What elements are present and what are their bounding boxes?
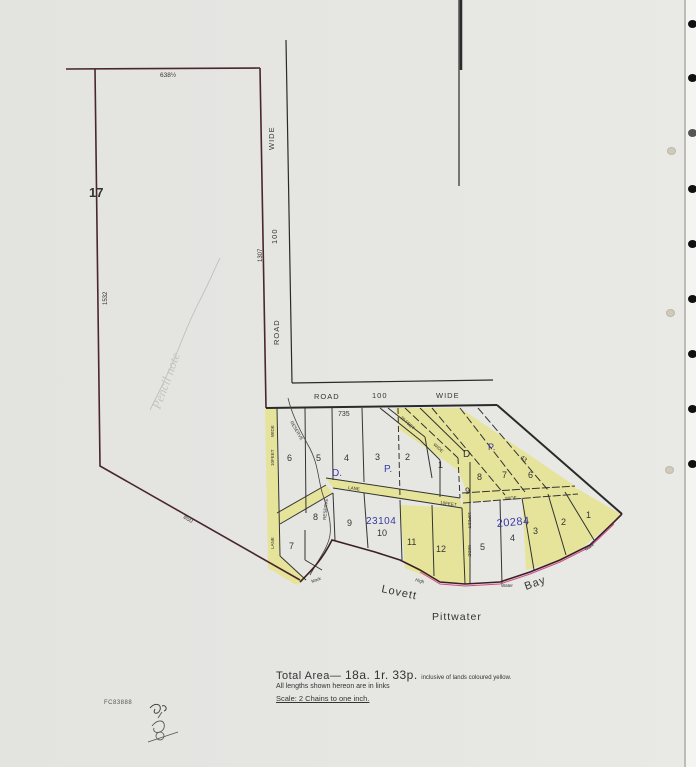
lot-number: 3 xyxy=(533,526,538,536)
bay-name-lovett: Lovett xyxy=(380,583,418,602)
dim-east: 1307 xyxy=(258,248,264,262)
reserve-label: RESERVE xyxy=(322,498,329,520)
lane-label: LANE xyxy=(270,537,275,549)
lot-number: 5 xyxy=(480,542,485,552)
lot-number: 5 xyxy=(316,453,321,463)
shoreline-label: Water xyxy=(501,583,513,588)
dp-23104-d: D. xyxy=(332,468,342,479)
waterway-name: Pittwater xyxy=(432,611,482,623)
lot-number: 6 xyxy=(528,470,533,480)
dp-23104-number: 23104 xyxy=(366,516,396,527)
lane-label: 10FEET xyxy=(270,449,275,466)
dp-23104-p: P. xyxy=(384,464,392,475)
road-horizontal-label-road: ROAD xyxy=(314,392,340,401)
road-horizontal-label-width: 100 xyxy=(372,391,388,400)
total-area-line: Total Area— 18a. 1r. 33p. inclusive of l… xyxy=(276,668,511,682)
survey-plan-drawing: Pencil note 638½ 17 1532 1307 850 735 43… xyxy=(0,0,696,767)
road-vertical-label-wide: WIDE xyxy=(267,126,276,150)
lot-number: 10 xyxy=(377,528,387,538)
lot-number: 1 xyxy=(438,460,443,470)
lot-number: 9 xyxy=(465,486,470,496)
lot-number: 9 xyxy=(347,518,352,528)
lot-number: 1 xyxy=(586,510,591,520)
reference-code: FC83888 xyxy=(104,700,132,706)
dim-top: 638½ xyxy=(160,71,177,79)
area-note: inclusive of lands coloured yellow. xyxy=(421,675,511,681)
lot-number: 4 xyxy=(344,453,349,463)
lengths-note: All lengths shown hereon are in links xyxy=(276,683,511,690)
dim-west: 1532 xyxy=(103,291,109,305)
portion-boundary xyxy=(66,68,300,580)
area-perches: 33p. xyxy=(392,668,417,682)
road-horizontal-label-wide: WIDE xyxy=(436,391,460,400)
lot-number: 6 xyxy=(287,453,292,463)
shoreline-label: Mark xyxy=(311,576,323,584)
area-roods: 1r. xyxy=(374,668,389,682)
plan-notes: Total Area— 18a. 1r. 33p. inclusive of l… xyxy=(276,668,511,703)
lot-number: 7 xyxy=(502,470,507,480)
yellow-lands xyxy=(265,408,622,585)
lane-label: WIDE xyxy=(505,495,517,501)
lane-label: WIDE xyxy=(270,425,275,437)
total-area-label: Total Area— xyxy=(276,670,341,682)
lot-number: 2 xyxy=(561,517,566,527)
dp-20284-p: P. xyxy=(488,442,495,452)
scale-note: Scale: 2 Chains to one inch. xyxy=(276,694,511,703)
road-vertical-label-road: ROAD xyxy=(272,319,281,345)
lot-number: 11 xyxy=(407,537,416,547)
portion-number: 17 xyxy=(89,185,103,200)
dim-south-west: 850 xyxy=(182,515,194,526)
lane-label: 10FEET xyxy=(467,512,472,529)
dp-20284-d: D xyxy=(463,449,470,460)
signature-stamp xyxy=(140,698,200,748)
pencil-annotation-text: Pencil note xyxy=(148,350,183,412)
shoreline-label: High xyxy=(415,577,426,584)
lot-number: 2 xyxy=(405,452,410,462)
road-vertical-label-width: 100 xyxy=(270,228,279,244)
lot-number: 7 xyxy=(289,541,294,551)
lot-number: 3 xyxy=(375,452,380,462)
lot-number: 8 xyxy=(313,512,318,522)
lot-number: 12 xyxy=(436,544,446,554)
dim-road-frontage: 735 xyxy=(338,411,350,418)
lot-number: 8 xyxy=(477,472,482,482)
lane-label: WIDE xyxy=(467,545,472,557)
bay-name-bay: Bay xyxy=(523,574,548,593)
lot-number: 4 xyxy=(510,533,515,543)
area-acres: 18a. xyxy=(345,668,370,682)
